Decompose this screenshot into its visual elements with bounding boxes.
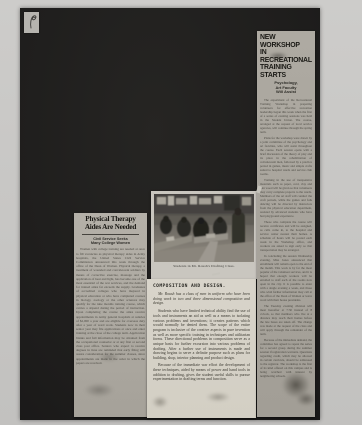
corner-sticker (24, 12, 39, 33)
clipping-subhead: Civil Service Seeks Many College Women (76, 237, 145, 246)
clipping-body-text: Plans for the workshop were drawn by a j… (260, 136, 312, 176)
photo-caption: Students in Mr. Roush's Drafting Class. (154, 264, 254, 268)
album-page: Physical Therapy Aides Are Needed Civil … (20, 8, 320, 420)
clipping-headline: Physical Therapy Aides Are Needed (76, 216, 145, 232)
clipping-body-text: Training in the use of inexpensive mater… (260, 178, 312, 218)
clipping-body-text: In concluding the session Wednesday even… (260, 254, 312, 302)
subhead-line: Will Assist (260, 90, 312, 95)
headline-line: NEW WORKSHOP (260, 34, 312, 49)
clipping-composition-design: COMPOSITION AND DESIGN. Mr. Roush has a … (147, 279, 256, 418)
subhead-line: Many College Women (76, 241, 145, 245)
clipping-workshop: NEW WORKSHOP IN RECREATIONAL TRAINING ST… (257, 31, 315, 417)
headline-rule (82, 234, 139, 235)
typed-paragraph: Students who have limited technical abil… (153, 309, 250, 361)
clipping-subhead: Psychology, Art Faculty Will Assist (260, 81, 312, 95)
headline-line: IN RECREATIONAL (260, 49, 312, 64)
clipping-body-text: Those who complete the course will recei… (260, 220, 312, 252)
typed-heading: COMPOSITION AND DESIGN. (153, 284, 250, 289)
clipping-body-text: Women with college training are needed a… (76, 247, 145, 365)
clipping-headline: NEW WORKSHOP IN RECREATIONAL TRAINING ST… (260, 34, 312, 79)
scanned-scrapbook-page: Physical Therapy Aides Are Needed Civil … (0, 0, 362, 425)
clipping-body-text: Because of the immediate demand, the com… (260, 338, 312, 378)
clipping-photo: Students in Mr. Roush's Drafting Class. (151, 191, 257, 279)
clipping-body-text: The experiment of the Recreational Train… (260, 98, 312, 134)
typed-paragraph: Because of the immediate war effort the … (153, 363, 250, 382)
clipping-physical-therapy: Physical Therapy Aides Are Needed Civil … (74, 213, 147, 417)
headline-line: Aides Are Needed (76, 224, 145, 232)
classroom-photo (154, 194, 254, 262)
clipping-body-text: The Tuesday evening division will meet h… (260, 304, 312, 336)
handwritten-mark-icon (24, 12, 39, 33)
headline-line: TRAINING STARTS (260, 64, 312, 79)
typed-intro-text: Mr. Roush has a class of men in uniform … (153, 292, 250, 306)
